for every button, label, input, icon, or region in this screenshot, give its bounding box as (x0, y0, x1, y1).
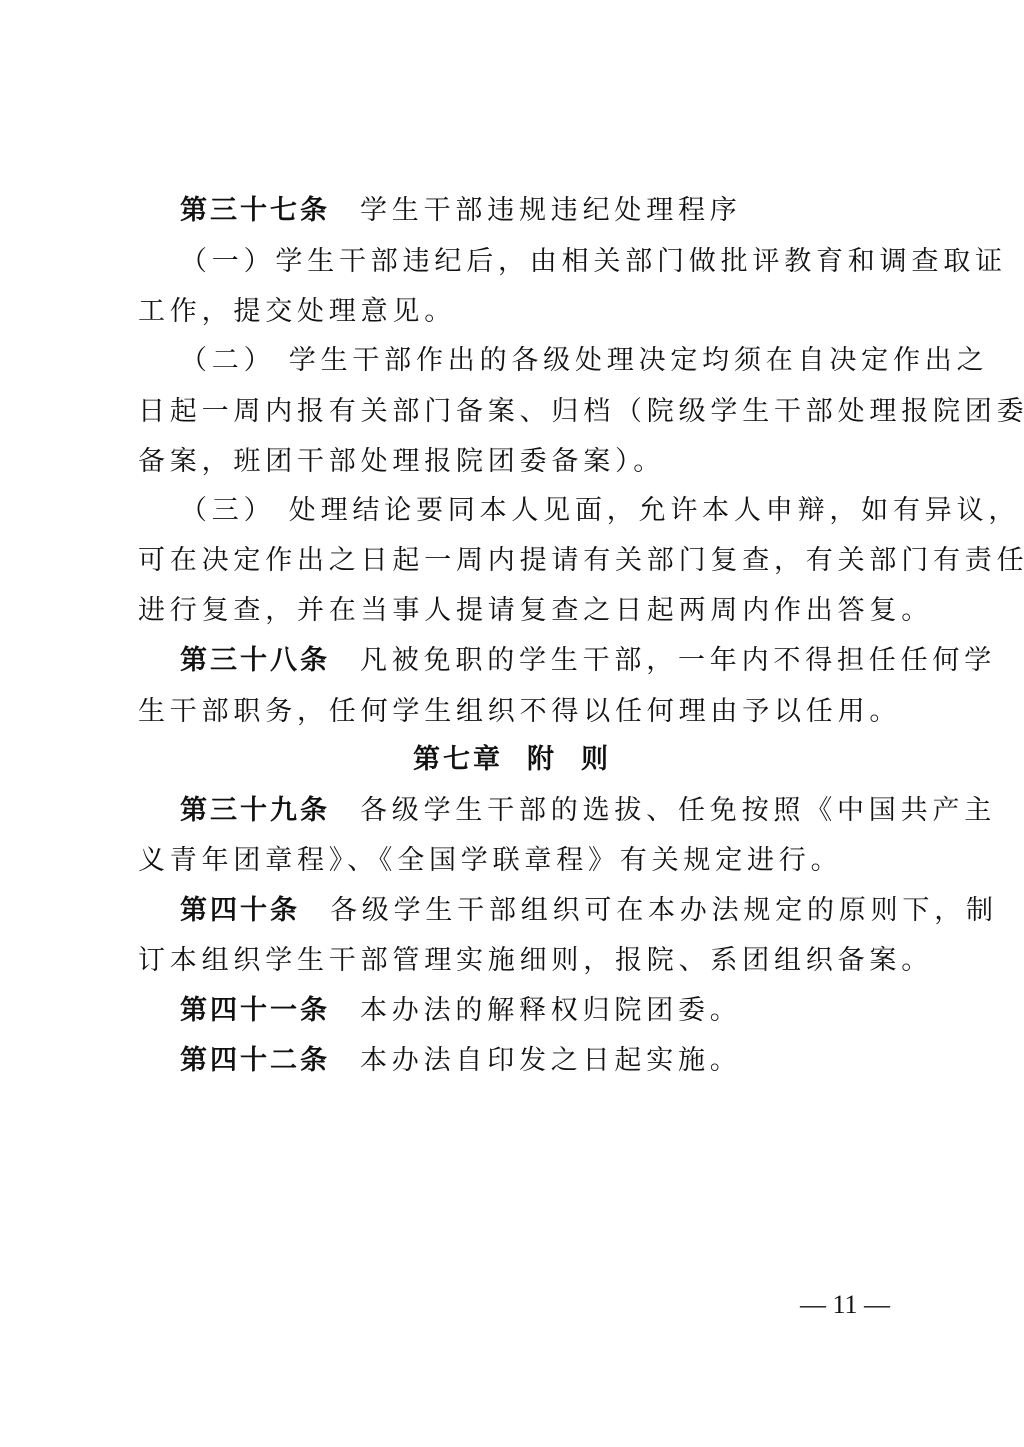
article-42-line: 第四十二条本办法自印发之日起实施。 (180, 1043, 940, 1079)
article-38-line-1: 第三十八条凡被免职的学生干部，一年内不得担任任何学 (180, 643, 940, 679)
article-39-line-1: 第三十九条各级学生干部的选拔、任免按照《中国共产主 (180, 793, 940, 829)
article-37-title: 第三十七条 (180, 195, 330, 226)
article-39-text-1: 各级学生干部的选拔、任免按照《中国共产主 (360, 795, 996, 826)
article-41-line: 第四十一条本办法的解释权归院团委。 (180, 993, 940, 1029)
chapter-name-2: 则 (581, 744, 611, 775)
article-39-line-2: 义青年团章程》、《全国学联章程》有关规定进行。 (138, 843, 898, 879)
article-37-item-2-line-2: 日起一周内报有关部门备案、归档（院级学生干部处理报院团委 (138, 394, 898, 430)
article-37-item-1-line-2: 工作，提交处理意见。 (138, 294, 898, 330)
chapter-heading: 第七章附则 (0, 742, 1024, 778)
article-42-text: 本办法自印发之日起实施。 (360, 1045, 742, 1076)
article-41-title: 第四十一条 (180, 995, 330, 1026)
article-37-item-1-line-1: （一）学生干部违纪后，由相关部门做批评教育和调查取证 (180, 244, 940, 280)
article-39-title: 第三十九条 (180, 795, 330, 826)
article-37-item-3-line-1: （三） 处理结论要同本人见面，允许本人申辩，如有异议， (180, 493, 940, 529)
article-37-text: 学生干部违规违纪处理程序 (360, 195, 742, 226)
article-37-item-3-line-3: 进行复查，并在当事人提请复查之日起两周内作出答复。 (138, 593, 898, 629)
article-38-line-2: 生干部职务，任何学生组织不得以任何理由予以任用。 (138, 694, 898, 730)
chapter-name-1: 附 (527, 744, 557, 775)
chapter-number: 第七章 (413, 744, 503, 775)
article-37-item-2-line-3: 备案，班团干部处理报院团委备案）。 (138, 444, 898, 480)
article-40-line-2: 订本组织学生干部管理实施细则，报院、系团组织备案。 (138, 943, 898, 979)
document-page: 第三十七条学生干部违规违纪处理程序 （一）学生干部违纪后，由相关部门做批评教育和… (0, 0, 1024, 1447)
article-37-heading: 第三十七条学生干部违规违纪处理程序 (180, 193, 940, 229)
article-40-line-1: 第四十条各级学生干部组织可在本办法规定的原则下，制 (180, 893, 940, 929)
article-38-title: 第三十八条 (180, 645, 330, 676)
article-37-item-2-line-1: （二） 学生干部作出的各级处理决定均须在自决定作出之 (180, 343, 940, 379)
article-40-title: 第四十条 (180, 895, 300, 926)
article-40-text-1: 各级学生干部组织可在本办法规定的原则下，制 (330, 895, 998, 926)
page-number: — 11 — (800, 1290, 890, 1320)
article-37-item-3-line-2: 可在决定作出之日起一周内提请有关部门复查，有关部门有责任 (138, 543, 898, 579)
article-38-text-1: 凡被免职的学生干部，一年内不得担任任何学 (360, 645, 996, 676)
article-42-title: 第四十二条 (180, 1045, 330, 1076)
article-41-text: 本办法的解释权归院团委。 (360, 995, 742, 1026)
